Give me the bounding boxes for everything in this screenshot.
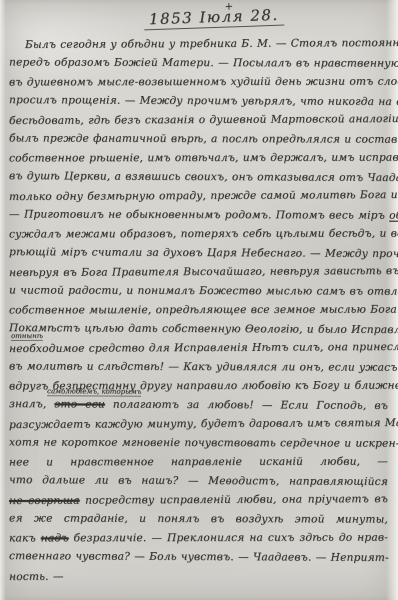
- manuscript-line: и чистой радости, и понималъ Божество мы…: [9, 281, 388, 301]
- line-text: безразличіе. — Преклонился на сихъ здѣсь…: [69, 532, 388, 545]
- line-text: посредству исправленій любви, она пріуча…: [80, 493, 388, 507]
- manuscript-line: рѣющій міръ считали за духовъ Царя Небес…: [9, 243, 388, 264]
- line-text: суждалъ межами образовъ, потеряхъ себѣ ц…: [9, 227, 398, 240]
- manuscript-line: отнынѣнеобходимое средство для Исправлен…: [9, 338, 388, 359]
- underlined-text: объясняетъ раз-: [389, 210, 398, 222]
- strikethrough-text: это еси: [54, 398, 105, 410]
- line-text: ность. —: [9, 571, 64, 583]
- line-text: разсуждаетъ каждую минуту, будетъ дарова…: [9, 417, 398, 431]
- manuscript-line: невѣруя въ Бога Правителя Высочайшаго, н…: [9, 262, 388, 283]
- line-text: только одну безмѣрную отраду, прежде сам…: [9, 189, 398, 203]
- manuscript-line: просилъ прощенія. — Между прочимъ увѣрял…: [9, 91, 388, 112]
- manuscript-line: только одну безмѣрную отраду, прежде сам…: [9, 186, 388, 207]
- manuscript-line: какъ надъ безразличіе. — Преклонился на …: [9, 529, 388, 549]
- manuscript-line: суждалъ межами образовъ, потеряхъ себѣ ц…: [9, 225, 388, 245]
- interline-insertion: самолюбіемъ, которымъ: [47, 388, 141, 396]
- line-text: необходимое средство для Исправленія Нѣт…: [9, 341, 398, 355]
- line-text: былъ прежде фанатичной вѣрѣ, а послѣ опр…: [9, 132, 398, 145]
- line-text: рѣющій міръ считали за духовъ Царя Небес…: [9, 246, 398, 260]
- manuscript-line: не согрѣша посредству исправленій любви,…: [9, 490, 388, 511]
- heading-date-text: 1853 Іюля 28.: [149, 6, 279, 29]
- heading-date: +1853 Іюля 28.: [144, 6, 284, 31]
- line-text: бесѣдовать, гдѣ безъ сказанія о душевной…: [9, 113, 398, 127]
- manuscript-line: Былъ сегодня у обѣдни у требника Б. М. —…: [9, 34, 388, 55]
- manuscript-line: хотя не короткое мгновеніе почувствовать…: [9, 433, 388, 453]
- line-text: и чистой радости, и понималъ Божество мы…: [9, 284, 398, 297]
- line-text: ственнаго чувства? — Боль чувствъ. — Чаа…: [9, 550, 389, 564]
- line-text: нее и нравственное направленіе исканій л…: [9, 456, 388, 469]
- line-text: — Приготовилъ не обыкновеннымъ родомъ. П…: [9, 208, 389, 221]
- line-text: что дальше ли въ нашъ? — Меѳодистъ, напр…: [9, 474, 388, 488]
- manuscript-line: былъ прежде фанатичной вѣрѣ, а послѣ опр…: [9, 129, 388, 149]
- interline-insertion: отнынѣ: [11, 333, 43, 341]
- manuscript-page: +1853 Іюля 28. Былъ сегодня у обѣдни у т…: [0, 0, 398, 600]
- strikethrough-text: надъ: [41, 532, 69, 544]
- line-text: въ душѣ Церкви, а взявшись своихъ, онъ о…: [9, 170, 398, 184]
- line-text: въ душевномъ мысле-возвышенномъ худшій д…: [9, 75, 398, 88]
- manuscript-line: передъ образомъ Божіей Матери. — Посылал…: [9, 53, 388, 73]
- line-text: собственное мышленіе, опредѣляющее все з…: [9, 304, 398, 317]
- line-text: зналъ,: [9, 398, 54, 410]
- line-text: Былъ сегодня у обѣдни у требника Б. М. —…: [25, 37, 398, 51]
- line-text: хотя не короткое мгновеніе почувствовать…: [9, 436, 398, 449]
- manuscript-line: ея же страданіе, и понялъ въ воздухѣ это…: [9, 509, 388, 529]
- line-text: Покамѣстъ цѣлью дать собственную Ѳеологі…: [9, 322, 398, 336]
- manuscript-line: что дальше ли въ нашъ? — Меѳодистъ, напр…: [9, 471, 388, 492]
- line-text: полагаютъ за любовь! — Если Господь, въ: [105, 399, 388, 412]
- line-text: просилъ прощенія. — Между прочимъ увѣрял…: [9, 94, 398, 108]
- manuscript-line: въ душѣ Церкви, а взявшись своихъ, онъ о…: [9, 167, 388, 188]
- manuscript-line: собственное мышленіе, опредѣляющее все з…: [9, 301, 388, 321]
- manuscript-line: самолюбіемъ, которымъзналъ, это еси пола…: [9, 395, 388, 416]
- line-text: въ молитвѣ и слѣдствѣ! — Какъ удивлялся …: [9, 360, 398, 373]
- date-heading: +1853 Іюля 28.: [0, 7, 398, 31]
- line-text: невѣруя въ Бога Правителя Высочайшаго, н…: [9, 265, 398, 279]
- line-text: ея же страданіе, и понялъ въ воздухѣ это…: [9, 512, 388, 525]
- cross-mark: +: [225, 1, 235, 12]
- line-text: собственное рѣшеніе, имъ отвѣчалъ, имъ д…: [9, 152, 398, 165]
- line-text: какъ: [9, 532, 41, 544]
- manuscript-line: ственнаго чувства? — Боль чувствъ. — Чаа…: [9, 547, 388, 568]
- manuscript-line: — Приготовилъ не обыкновеннымъ родомъ. П…: [9, 205, 388, 225]
- manuscript-line: разсуждаетъ каждую минуту, будетъ дарова…: [9, 414, 388, 435]
- manuscript-line: нее и нравственное направленіе исканій л…: [9, 453, 388, 473]
- manuscript-line: собственное рѣшеніе, имъ отвѣчалъ, имъ д…: [9, 149, 388, 169]
- strikethrough-text: не согрѣша: [9, 495, 80, 507]
- manuscript-line: въ душевномъ мысле-возвышенномъ худшій д…: [9, 73, 388, 93]
- manuscript-line: въ молитвѣ и слѣдствѣ! — Какъ удивлялся …: [9, 357, 388, 377]
- manuscript-line: ность. —: [9, 566, 388, 587]
- manuscript-line: бесѣдовать, гдѣ безъ сказанія о душевной…: [9, 110, 388, 131]
- manuscript-line: Покамѣстъ цѣлью дать собственную Ѳеологі…: [9, 319, 388, 340]
- manuscript-body: Былъ сегодня у обѣдни у требника Б. М. —…: [0, 33, 398, 586]
- line-text: передъ образомъ Божіей Матери. — Посылал…: [9, 56, 398, 69]
